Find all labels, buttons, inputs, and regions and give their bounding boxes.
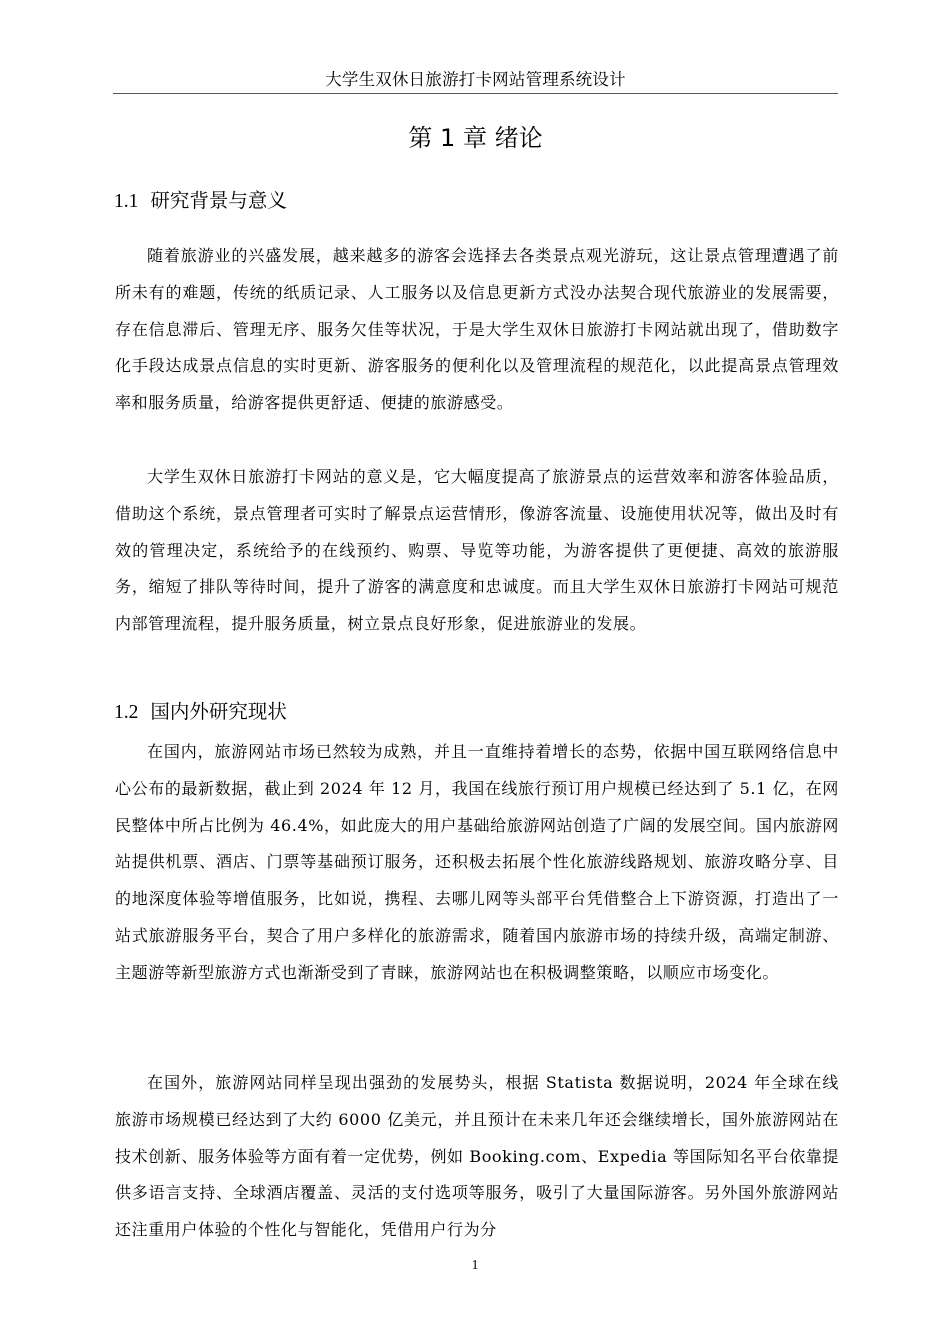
section-heading-1-1: 1.1研究背景与意义 [114,186,287,217]
page-number: 1 [0,1256,950,1276]
running-header: 大学生双休日旅游打卡网站管理系统设计 [113,68,838,92]
paragraph-foreign-status: 在国外，旅游网站同样呈现出强劲的发展势头，根据 Statista 数据说明，20… [115,1065,839,1249]
section-number: 1.1 [114,187,138,217]
paragraph-background: 随着旅游业的兴盛发展，越来越多的游客会选择去各类景点观光游玩，这让景点管理遭遇了… [115,238,839,422]
section-heading-1-2: 1.2国内外研究现状 [114,697,287,728]
paragraph-domestic-status: 在国内，旅游网站市场已然较为成熟，并且一直维持着增长的态势，依据中国互联网络信息… [115,734,839,992]
section-number: 1.2 [114,698,138,728]
section-title: 研究背景与意义 [150,189,287,212]
paragraph-significance: 大学生双休日旅游打卡网站的意义是，它大幅度提高了旅游景点的运营效率和游客体验品质… [115,459,839,643]
section-title: 国内外研究现状 [150,700,287,723]
chapter-title: 第 1 章 绪论 [113,120,838,156]
header-divider [113,93,838,94]
